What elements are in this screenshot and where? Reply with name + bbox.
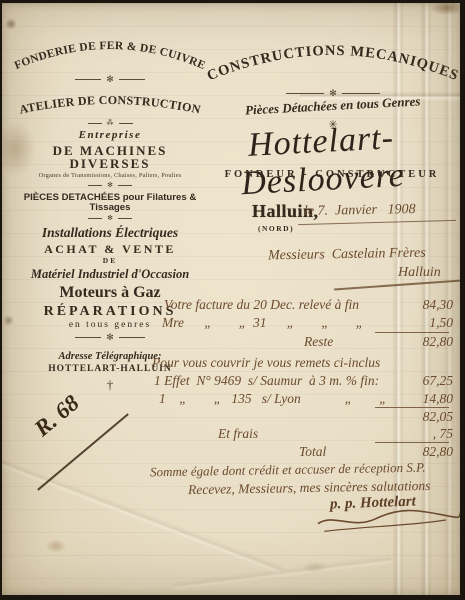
foundry-title: FONDERIE DE FER & DE CUIVRE: [13, 40, 208, 72]
second-hand-label: Matériel Industriel d'Occasion: [31, 268, 189, 281]
subtotal-rule: [375, 407, 449, 408]
workshop-title: ATELIER DE CONSTRUCTION: [18, 93, 202, 117]
paper-spot: [46, 539, 66, 553]
row-amount: 82,80: [423, 334, 453, 350]
divider-line: [75, 79, 101, 80]
divider-line: [88, 218, 102, 219]
date-underline: [298, 220, 456, 225]
divider-line: [286, 93, 324, 94]
arched-title-workshop: ATELIER DE CONSTRUCTION: [11, 86, 209, 118]
row-label: Reste: [304, 334, 333, 350]
corner-tear-mark: [430, 1, 464, 15]
recipient-underline-flourish: [334, 280, 462, 291]
transmissions-label: Organes de Transmissions, Chaises, Palie…: [39, 173, 182, 180]
floral-divider-icon: ✻: [329, 89, 337, 98]
divider-line: [119, 79, 145, 80]
invoice-row: Mre „ „ 31 „ „ „ 1,50: [2, 315, 465, 333]
small-divider: ✻: [88, 182, 132, 189]
subtotal-rule: [375, 332, 449, 333]
row-text: 1 Effet N° 9469 s/ Saumur à 3 m. % fin:: [154, 373, 379, 389]
row-amount: 82,05: [423, 409, 453, 425]
of-label: DE: [103, 257, 117, 265]
invoice-row: 1 Effet N° 9469 s/ Saumur à 3 m. % fin: …: [2, 373, 465, 391]
fold-crease-diagonal: [172, 555, 392, 592]
asterism-icon: ⁂: [107, 120, 114, 127]
paper-spot: [302, 561, 328, 573]
detached-pieces-label: Pièces Détachées en tous Genres: [245, 93, 421, 118]
arched-title-foundry: FONDERIE DE FER & DE CUIVRE: [11, 25, 209, 73]
row-text: Mre „ „ 31 „ „ „: [162, 315, 363, 331]
floral-divider-icon: ✻: [107, 215, 113, 222]
divider-line: [118, 185, 132, 186]
row-text: Votre facture du 20 Dec. relevé à fin: [164, 297, 359, 313]
row-label: Total: [299, 444, 326, 460]
company-title: FONDEUR - CONSTRUCTEUR: [207, 169, 457, 180]
divider-line: [88, 123, 102, 124]
divider-line: [118, 218, 132, 219]
svg-text:CONSTRUCTIONS MECANIQUES: CONSTRUCTIONS MECANIQUES: [205, 43, 461, 84]
mechanical-constructions-title: CONSTRUCTIONS MECANIQUES: [205, 43, 461, 84]
row-amount: , 75: [433, 426, 453, 442]
company-name: Hottelart-Desloovere: [170, 115, 465, 207]
floral-divider: ✻: [75, 75, 145, 84]
recipient-line2: Halluin: [398, 265, 441, 281]
row-text: Pour vous couvrir je vous remets ci-incl…: [152, 355, 380, 371]
closing-line1: Somme égale dont crédit et accuser de ré…: [150, 460, 426, 481]
handwritten-date: le 7. Janvier 1908: [304, 202, 416, 220]
row-amount: 84,30: [423, 297, 453, 313]
asterism-divider: ⁂: [88, 120, 133, 127]
purchase-sale-label: ACHAT & VENTE: [44, 243, 176, 256]
scanned-invoice-page: FONDERIE DE FER & DE CUIVRE ✻ ATELIER DE…: [0, 0, 465, 600]
invoice-row: Pour vous couvrir je vous remets ci-incl…: [2, 355, 465, 373]
divider-line: [88, 185, 102, 186]
invoice-row: Votre facture du 20 Dec. relevé à fin 84…: [2, 297, 465, 315]
row-text: Et frais: [218, 426, 258, 442]
recipient-line1: Messieurs Castelain Frères: [268, 246, 426, 265]
row-amount: 1,50: [429, 315, 453, 331]
electrical-label: Installations Électriques: [42, 226, 178, 240]
enterprise-label: Entreprise: [79, 130, 142, 142]
row-amount: 82,80: [423, 444, 453, 460]
floral-divider-icon: ✻: [107, 182, 113, 189]
row-text: 1 „ „ 135 s/ Lyon „ „: [159, 391, 387, 407]
total-rule: [375, 442, 449, 443]
arched-title-mechanical: CONSTRUCTIONS MECANIQUES: [205, 27, 461, 87]
invoice-row-reste: Reste 82,80: [2, 334, 465, 352]
divider-line: [119, 123, 133, 124]
svg-text:ATELIER DE CONSTRUCTION: ATELIER DE CONSTRUCTION: [18, 93, 202, 117]
row-amount: 67,25: [423, 373, 453, 389]
letterhead-right-column: CONSTRUCTIONS MECANIQUES ✻ Pièces Détach…: [204, 27, 462, 131]
row-amount: 14,80: [423, 391, 453, 407]
svg-text:FONDERIE DE FER & DE CUIVRE: FONDERIE DE FER & DE CUIVRE: [13, 40, 208, 72]
small-divider: ✻: [88, 215, 132, 222]
floral-divider-icon: ✻: [106, 75, 114, 84]
department-name: (NORD): [258, 224, 294, 233]
divider-line: [342, 93, 380, 94]
